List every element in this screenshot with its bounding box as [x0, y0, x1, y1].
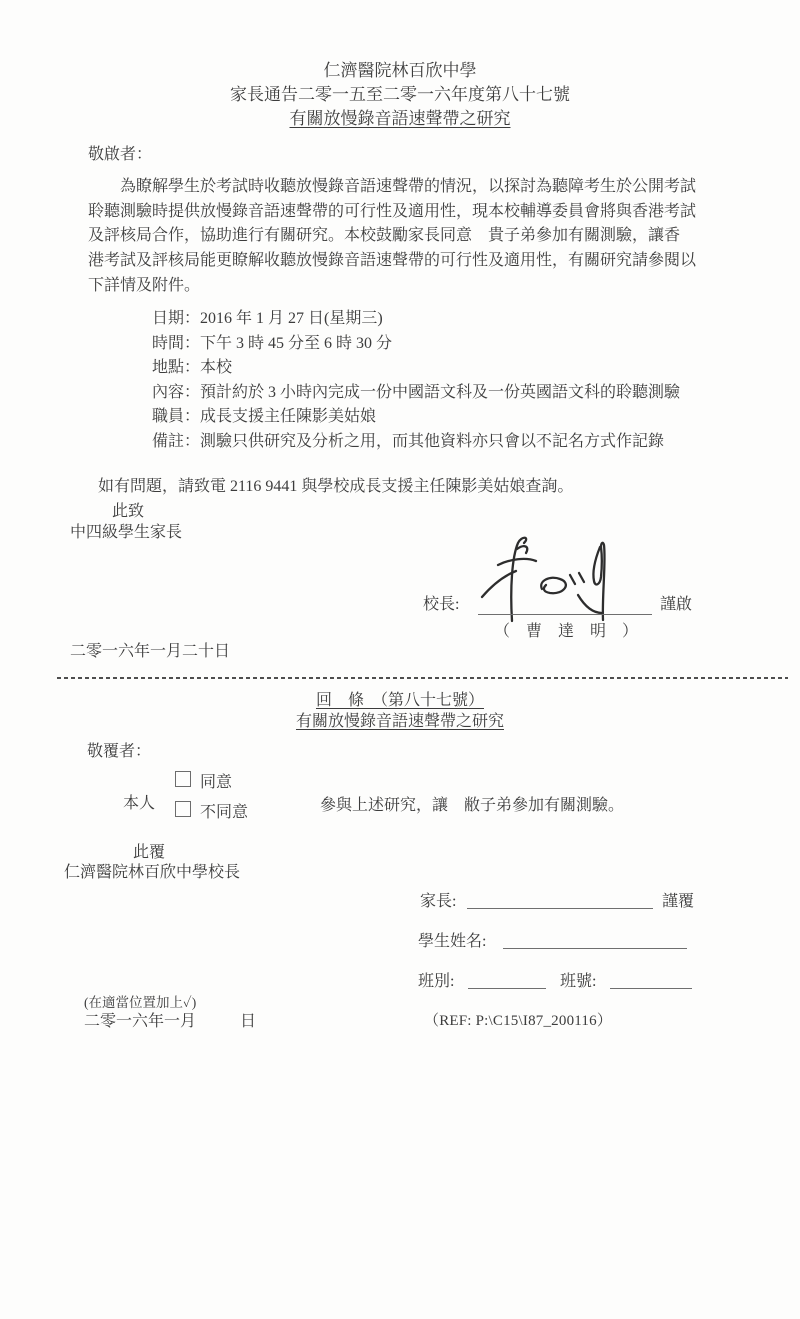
agree-label: 同意	[200, 769, 232, 792]
detail-value: 下午 3 時 45 分至 6 時 30 分	[200, 335, 392, 352]
principal-name: （ 曹 達 明 ）	[494, 618, 644, 641]
subject-title: 有關放慢錄音語速聲帶之研究	[0, 104, 800, 129]
parent-honorific: 謹覆	[662, 888, 694, 911]
tear-off-dashed-line	[57, 677, 788, 679]
detail-row-time: 時間：下午 3 時 45 分至 6 時 30 分	[152, 332, 680, 357]
salutation: 敬啟者：	[88, 141, 152, 164]
class-label: 班別:	[418, 968, 454, 991]
class-number-label: 班號:	[560, 968, 596, 991]
reply-date-line: 二零一六年一月日	[84, 1008, 256, 1031]
reply-addressee: 仁濟醫院林百欣中學校長	[64, 859, 240, 882]
issue-date: 二零一六年一月二十日	[70, 638, 230, 661]
agree-checkbox[interactable]	[175, 771, 191, 787]
class-line[interactable]	[468, 974, 546, 989]
detail-row-remark: 備註：測驗只供研究及分析之用，而其他資料亦只會以不記名方式作記錄	[152, 430, 680, 455]
detail-label: 備註：	[152, 433, 200, 450]
ref-code: （REF: P:\C15\I87_200116）	[424, 1009, 612, 1030]
addressee: 中四級學生家長	[70, 519, 182, 542]
notice-number-line: 家長通告二零一五至二零一六年度第八十七號	[0, 80, 800, 105]
parent-label: 家長:	[420, 888, 456, 911]
reply-statement: 參與上述研究，讓 敝子弟參加有關測驗。	[320, 792, 624, 815]
student-name-line[interactable]	[503, 934, 687, 949]
detail-row-content: 內容：預計約於 3 小時內完成一份中國語文科及一份英國語文科的聆聽測驗	[152, 381, 680, 406]
intro-line: 為瞭解學生於考試時收聽放慢錄音語速聲帶的情況，以探討為聽障考生於公開考試	[88, 175, 696, 200]
detail-label: 內容：	[152, 384, 200, 401]
scanned-notice-page: 仁濟醫院林百欣中學 家長通告二零一五至二零一六年度第八十七號 有關放慢錄音語速聲…	[0, 0, 800, 1319]
details-list: 日期：2016 年 1 月 27 日(星期三) 時間：下午 3 時 45 分至 …	[152, 307, 680, 455]
detail-value: 本校	[200, 359, 232, 376]
intro-paragraph: 為瞭解學生於考試時收聽放慢錄音語速聲帶的情況，以探討為聽障考生於公開考試 聆聽測…	[88, 175, 696, 299]
reply-subject-title: 有關放慢錄音語速聲帶之研究	[0, 708, 800, 731]
closing-phrase: 此致	[112, 498, 144, 521]
reply-slip-title: 回 條 （第八十七號）	[0, 687, 800, 710]
detail-label: 日期：	[152, 310, 200, 327]
enquiry-line: 如有問題，請致電 2116 9441 與學校成長支援主任陳影美姑娘查詢。	[98, 473, 573, 496]
detail-value: 測驗只供研究及分析之用，而其他資料亦只會以不記名方式作記錄	[200, 433, 664, 450]
detail-row-venue: 地點：本校	[152, 356, 680, 381]
parent-signature-line[interactable]	[467, 894, 653, 909]
detail-row-staff: 職員：成長支援主任陳影美姑娘	[152, 405, 680, 430]
principal-honorific: 謹啟	[660, 591, 692, 614]
disagree-checkbox[interactable]	[175, 801, 191, 817]
intro-line: 港考試及評核局能更瞭解收聽放慢錄音語速聲帶的可行性及適用性，有關研究請參閱以	[88, 249, 696, 274]
detail-row-date: 日期：2016 年 1 月 27 日(星期三)	[152, 307, 680, 332]
school-name: 仁濟醫院林百欣中學	[0, 56, 800, 81]
class-number-line[interactable]	[610, 974, 692, 989]
reply-salutation: 敬覆者：	[87, 738, 151, 761]
reply-date-year-month: 二零一六年一月	[84, 1013, 196, 1030]
principal-label: 校長:	[423, 591, 459, 614]
detail-value: 成長支援主任陳影美姑娘	[200, 408, 376, 425]
declarer-label: 本人	[123, 790, 155, 813]
detail-label: 時間：	[152, 335, 200, 352]
principal-signature-line[interactable]	[478, 600, 652, 615]
detail-label: 職員：	[152, 408, 200, 425]
reply-date-day-label: 日	[240, 1013, 256, 1030]
detail-label: 地點：	[152, 359, 200, 376]
intro-line: 下詳情及附件。	[88, 274, 696, 299]
detail-value: 2016 年 1 月 27 日(星期三)	[200, 310, 383, 327]
student-name-label: 學生姓名:	[418, 928, 486, 951]
intro-line: 及評核局合作，協助進行有關研究。本校鼓勵家長同意 貴子弟參加有關測驗，讓香	[88, 224, 696, 249]
intro-line: 聆聽測驗時提供放慢錄音語速聲帶的可行性及適用性，現本校輔導委員會將與香港考試	[88, 200, 696, 225]
detail-value: 預計約於 3 小時內完成一份中國語文科及一份英國語文科的聆聽測驗	[200, 384, 680, 401]
disagree-label: 不同意	[200, 799, 248, 822]
